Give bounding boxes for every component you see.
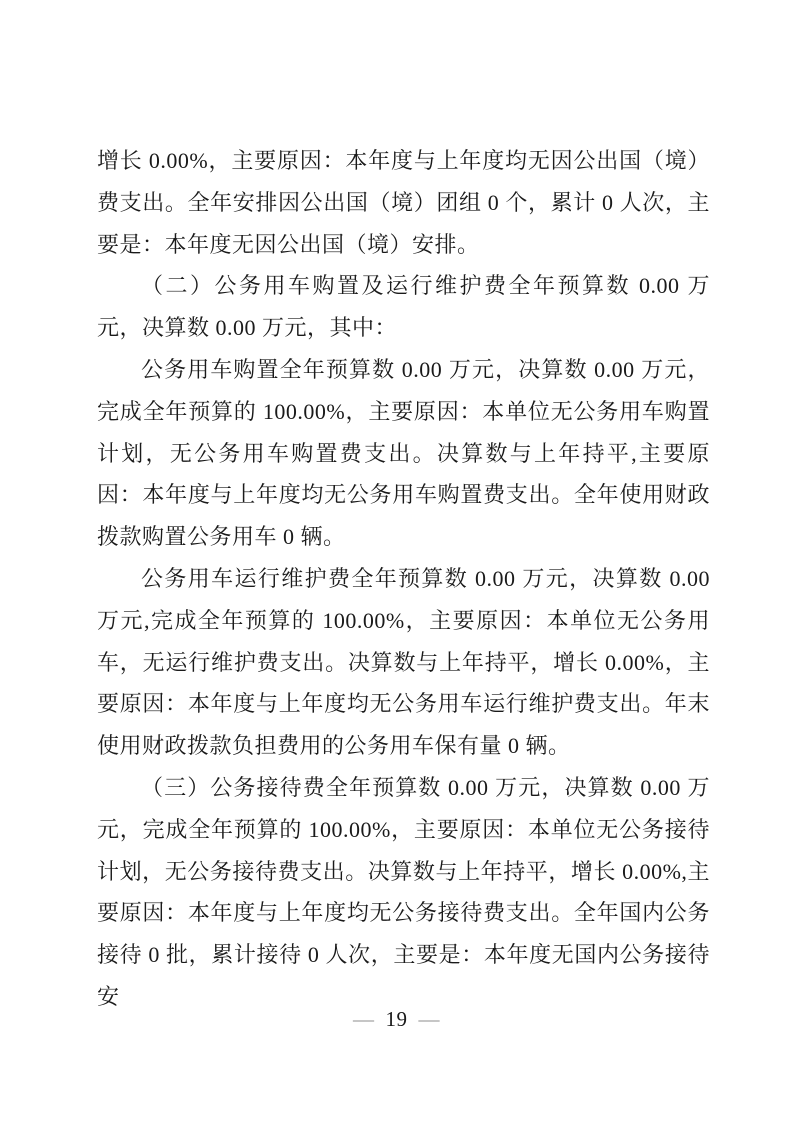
document-page: 增长 0.00%，主要原因：本年度与上年度均无因公出国（境）费支出。全年安排因公… [0,0,793,1122]
page-footer: —19— [0,1007,793,1032]
body-paragraph-4: 公务用车运行维护费全年预算数 0.00 万元，决算数 0.00 万元,完成全年预… [97,558,710,767]
document-body: 增长 0.00%，主要原因：本年度与上年度均无因公出国（境）费支出。全年安排因公… [97,140,710,1018]
body-paragraph-2: （二）公务用车购置及运行维护费全年预算数 0.00 万元，决算数 0.00 万元… [97,265,710,349]
footer-dash-left: — [342,1007,386,1031]
body-paragraph-5: （三）公务接待费全年预算数 0.00 万元，决算数 0.00 万元，完成全年预算… [97,767,710,1018]
body-paragraph-1: 增长 0.00%，主要原因：本年度与上年度均无因公出国（境）费支出。全年安排因公… [97,140,710,265]
footer-page-number: 19 [386,1007,408,1031]
body-paragraph-3: 公务用车购置全年预算数 0.00 万元，决算数 0.00 万元，完成全年预算的 … [97,349,710,558]
footer-dash-right: — [408,1007,452,1031]
